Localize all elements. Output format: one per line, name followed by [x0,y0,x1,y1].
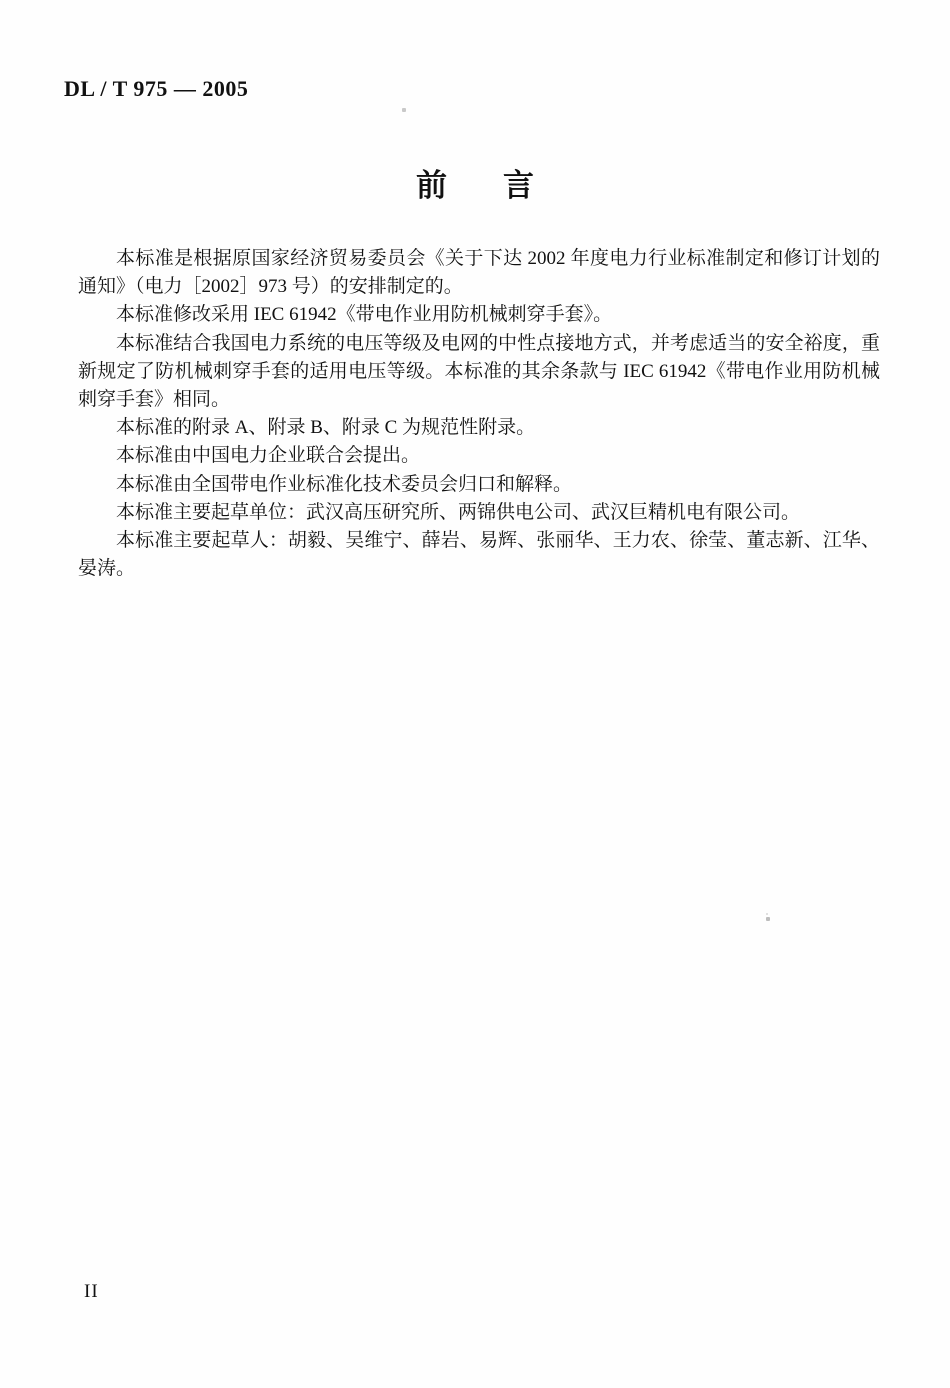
paragraph: 本标准的附录 A、附录 B、附录 C 为规范性附录。 [78,414,880,442]
document-page: DL / T 975 — 2005 前 言 本标准是根据原国家经济贸易委员会《关… [0,0,950,1388]
scan-speck [766,913,768,915]
scan-speck [402,108,406,112]
paragraph: 本标准由中国电力企业联合会提出。 [78,442,880,470]
paragraph: 本标准主要起草人：胡毅、吴维宁、薛岩、易辉、张丽华、王力农、徐莹、董志新、江华、… [78,527,880,583]
page-title-char-2: 言 [503,160,534,205]
page-title: 前 言 [0,160,950,205]
standard-number-header: DL / T 975 — 2005 [64,76,248,102]
page-number: II [84,1281,99,1303]
paragraph: 本标准主要起草单位：武汉高压研究所、两锦供电公司、武汉巨精机电有限公司。 [78,499,880,527]
page-title-char-1: 前 [416,160,447,205]
paragraph: 本标准是根据原国家经济贸易委员会《关于下达 2002 年度电力行业标准制定和修订… [78,245,880,301]
scan-speck [766,917,770,921]
paragraph: 本标准修改采用 IEC 61942《带电作业用防机械刺穿手套》。 [78,301,880,329]
paragraph: 本标准由全国带电作业标准化技术委员会归口和解释。 [78,471,880,499]
body-paragraphs: 本标准是根据原国家经济贸易委员会《关于下达 2002 年度电力行业标准制定和修订… [78,245,880,583]
paragraph: 本标准结合我国电力系统的电压等级及电网的中性点接地方式，并考虑适当的安全裕度，重… [78,330,880,415]
